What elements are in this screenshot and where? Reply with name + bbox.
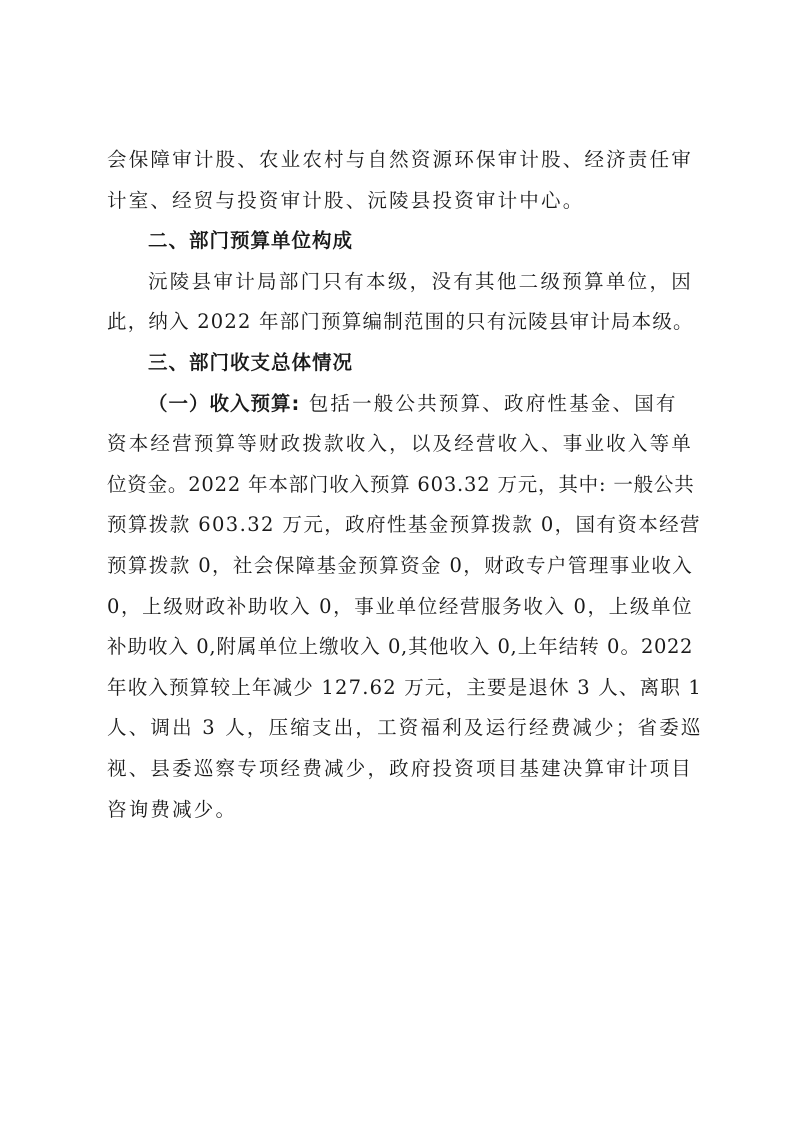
body-text-line: 咨询费减少。 bbox=[107, 790, 693, 831]
body-text-line: 此，纳入 2022 年部门预算编制范围的只有沅陵县审计局本级。 bbox=[107, 302, 693, 343]
document-page: 会保障审计股、农业农村与自然资源环保审计股、经济责任审 计室、经贸与投资审计股、… bbox=[107, 140, 693, 830]
body-text-line: 0，上级财政补助收入 0，事业单位经营服务收入 0，上级单位 bbox=[107, 587, 693, 628]
body-text-line: 沅陵县审计局部门只有本级，没有其他二级预算单位，因 bbox=[107, 262, 693, 303]
body-text-line: 预算拨款 0，社会保障基金预算资金 0，财政专户管理事业收入 bbox=[107, 546, 693, 587]
section-heading: 三、部门收支总体情况 bbox=[107, 343, 693, 384]
body-text-line: 位资金。2022 年本部门收入预算 603.32 万元，其中: 一般公共 bbox=[107, 465, 693, 506]
body-text-line: 年收入预算较上年减少 127.62 万元，主要是退休 3 人、离职 1 bbox=[107, 668, 693, 709]
body-text-line: 补助收入 0,附属单位上缴收入 0,其他收入 0,上年结转 0。2022 bbox=[107, 627, 693, 668]
body-text-line: 资本经营预算等财政拨款收入，以及经营收入、事业收入等单 bbox=[107, 424, 693, 465]
body-text-line: 会保障审计股、农业农村与自然资源环保审计股、经济责任审 bbox=[107, 140, 693, 181]
body-text-line: 视、县委巡察专项经费减少，政府投资项目基建决算审计项目 bbox=[107, 749, 693, 790]
section-heading: 二、部门预算单位构成 bbox=[107, 221, 693, 262]
body-text-line: 人、调出 3 人，压缩支出，工资福利及运行经费减少；省委巡 bbox=[107, 708, 693, 749]
body-text-line: 计室、经贸与投资审计股、沅陵县投资审计中心。 bbox=[107, 181, 693, 222]
body-text: 包括一般公共预算、政府性基金、国有 bbox=[300, 392, 677, 415]
body-text-line: 预算拨款 603.32 万元，政府性基金预算拨款 0，国有资本经营 bbox=[107, 505, 693, 546]
subsection-label: （一）收入预算: bbox=[148, 392, 300, 415]
subsection-first-line: （一）收入预算: 包括一般公共预算、政府性基金、国有 bbox=[107, 384, 693, 425]
